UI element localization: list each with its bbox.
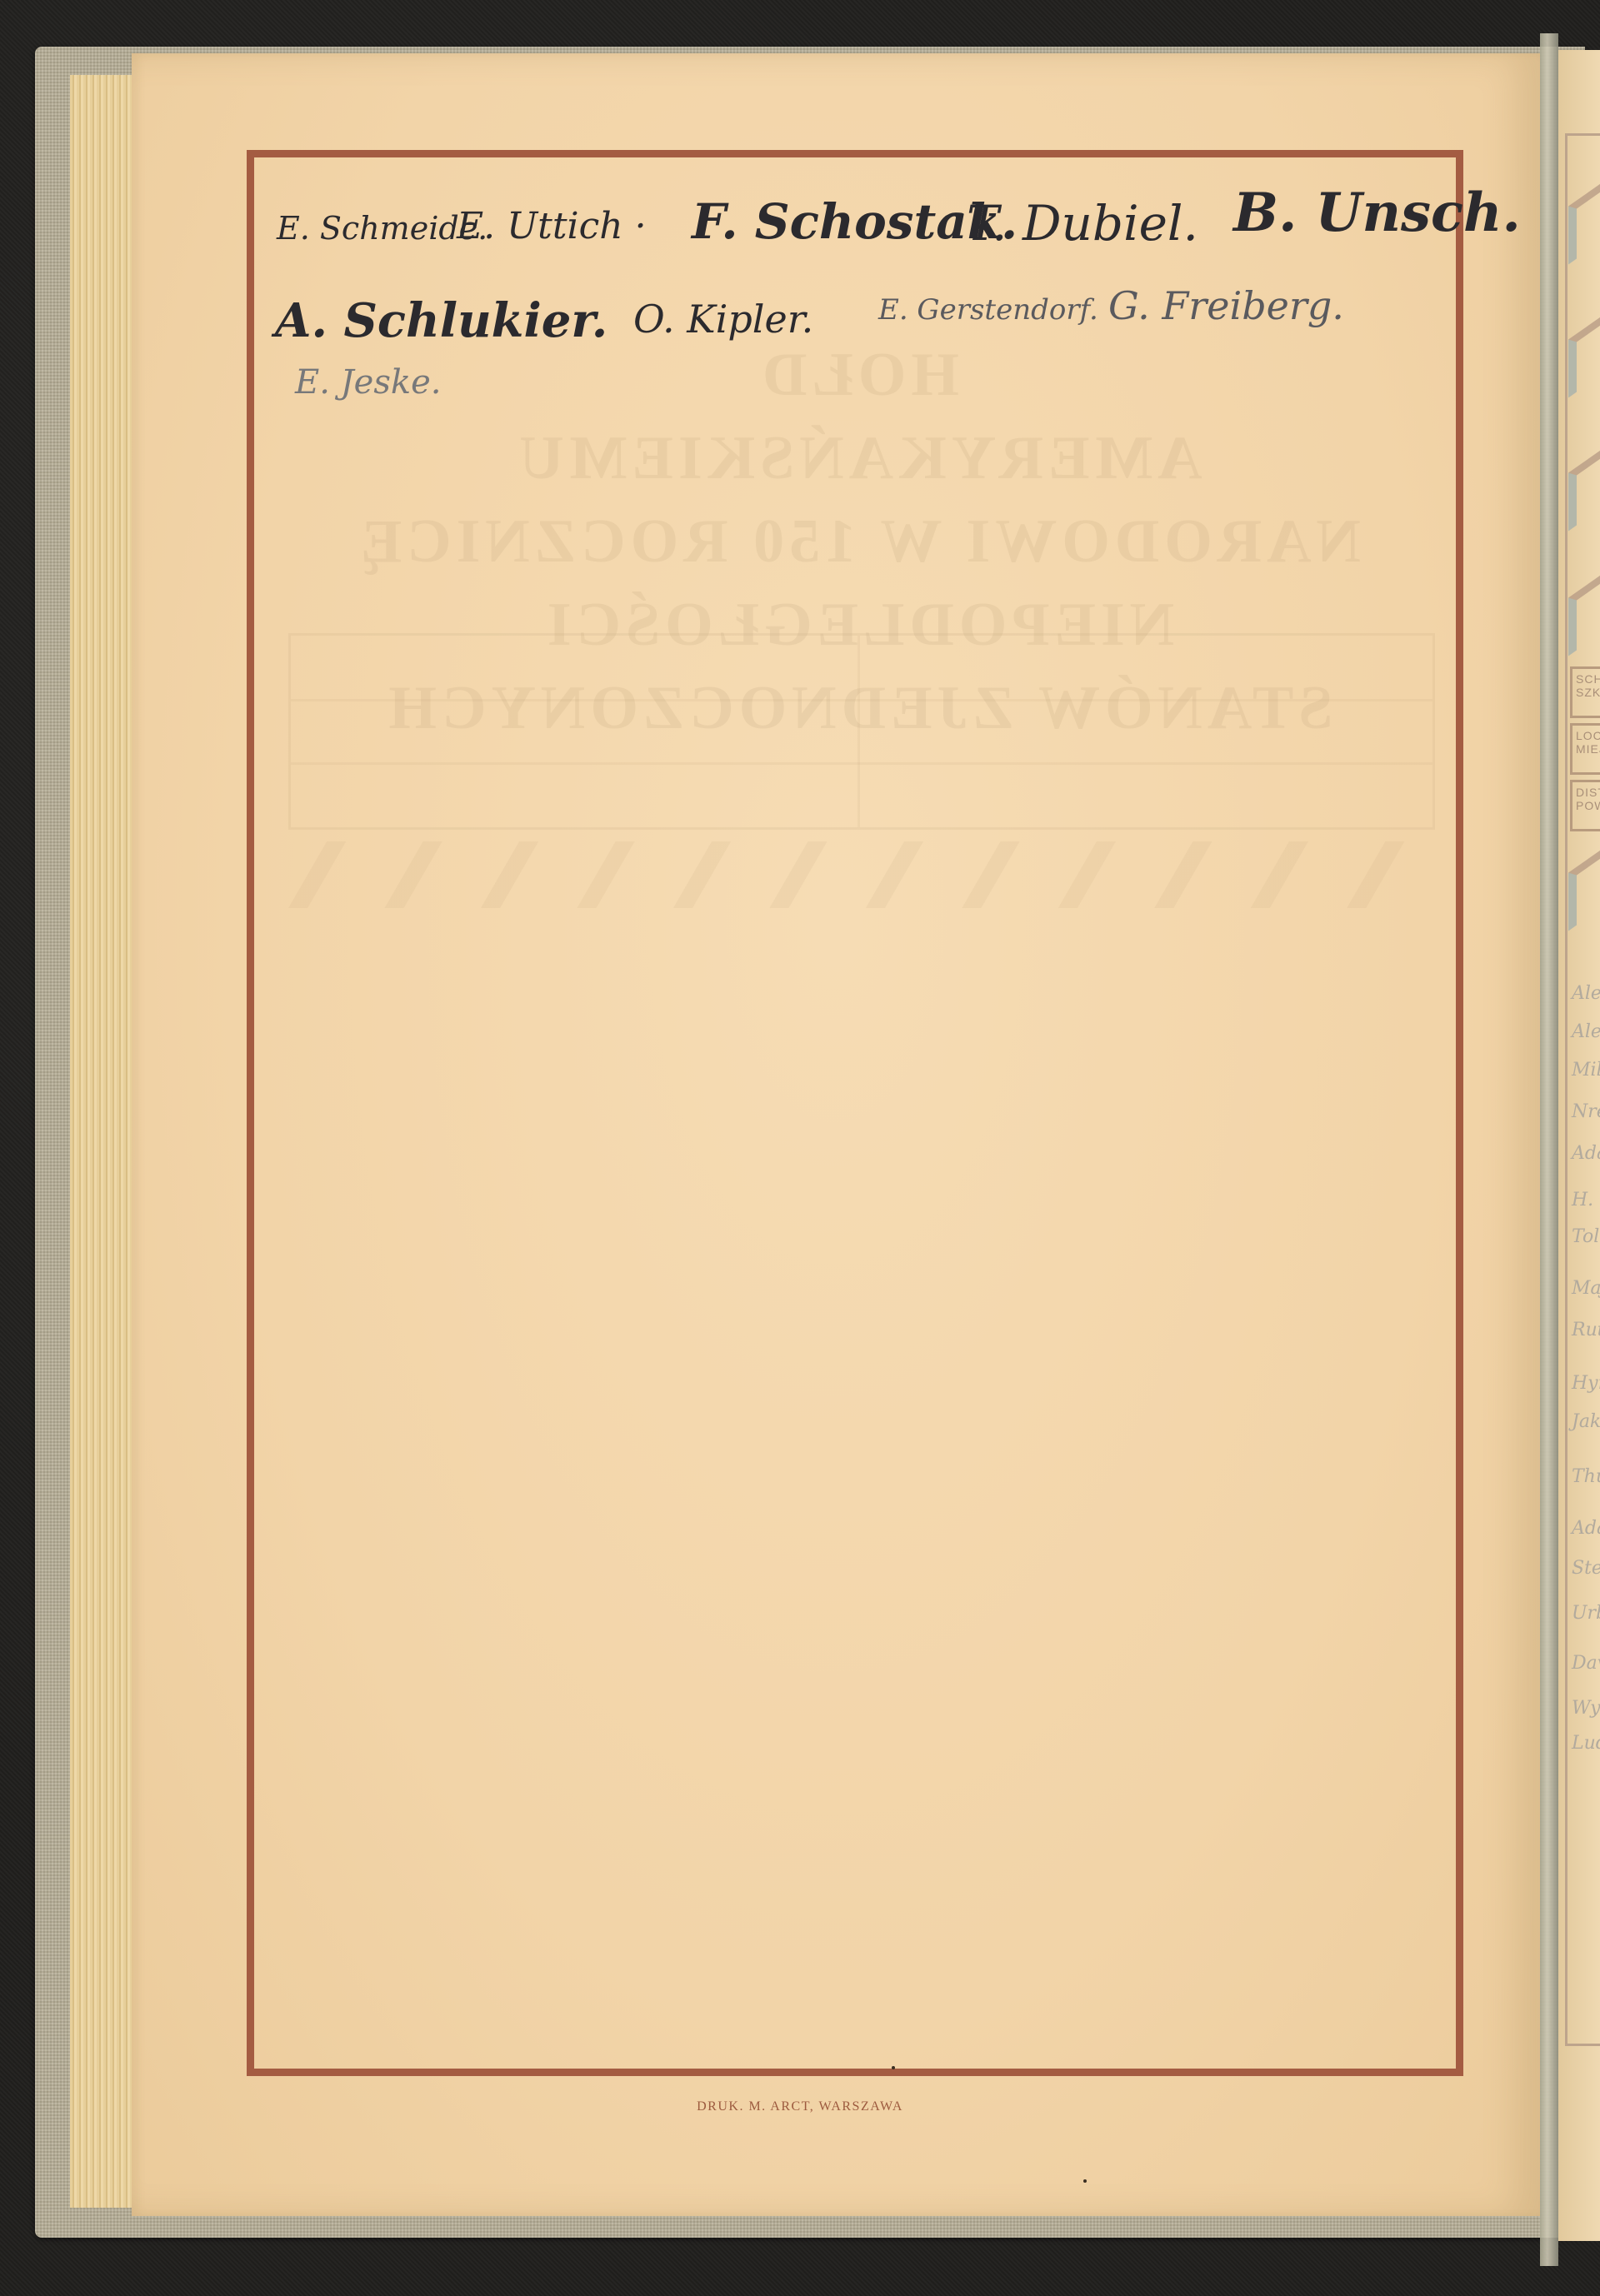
paper-speck [1083,2179,1087,2183]
adjacent-signature: Hyron [1572,1373,1600,1394]
adjacent-signature: Millerow [1572,1060,1600,1081]
signature: G. Freiberg. [1108,283,1344,328]
adjacent-signature: Majew [1572,1278,1600,1299]
adjacent-signature: Alexan [1572,1021,1600,1042]
adjacent-label-box: DISTRI POWIA [1570,780,1600,831]
signature: O. Kipler. [633,297,813,342]
signature: A. Schlukier. [275,293,607,348]
adjacent-signature: Aleks [1572,983,1600,1004]
adjacent-signature: H. Teb [1572,1190,1600,1210]
adjacent-signature: David [1572,1653,1600,1674]
adjacent-signature: Wyroż [1572,1698,1600,1719]
book-gutter [1540,33,1558,2266]
signature: E. Jeske. [295,363,442,402]
adjacent-signature: Tolac [1572,1226,1600,1247]
signature: T. Dubiel. [967,195,1198,252]
printer-imprint: DRUK. M. ARCT, WARSZAWA [0,2099,1600,2114]
adjacent-signature: Ruth [1572,1320,1600,1340]
adjacent-page-frame [1565,133,1600,2046]
page-edges [70,75,132,2208]
signature: E. Uttich · [457,205,647,247]
adjacent-signature: Adam [1572,1143,1600,1164]
adjacent-signature: Adam [1572,1518,1600,1539]
adjacent-label-box: SCHOO SZKOŁ [1570,666,1600,718]
adjacent-signature: Nrefko [1572,1101,1600,1122]
signature: E. Gerstendorf. [878,293,1098,327]
paper-speck [892,2066,895,2069]
adjacent-signature: Jak [1572,1411,1600,1432]
adjacent-page: SCHOO SZKOŁ LOCAL MIEJSC DISTRI POWIA Al… [1558,50,1600,2241]
signature: B. Unsch. [1233,182,1521,244]
adjacent-signature: Ludw [1572,1733,1600,1754]
adjacent-signature: Thuj [1572,1466,1600,1487]
page-border-frame [247,150,1463,2076]
adjacent-label-box: LOCAL MIEJSC [1570,723,1600,775]
adjacent-signature: Urban [1572,1603,1600,1624]
adjacent-signature: Stef [1572,1558,1600,1579]
